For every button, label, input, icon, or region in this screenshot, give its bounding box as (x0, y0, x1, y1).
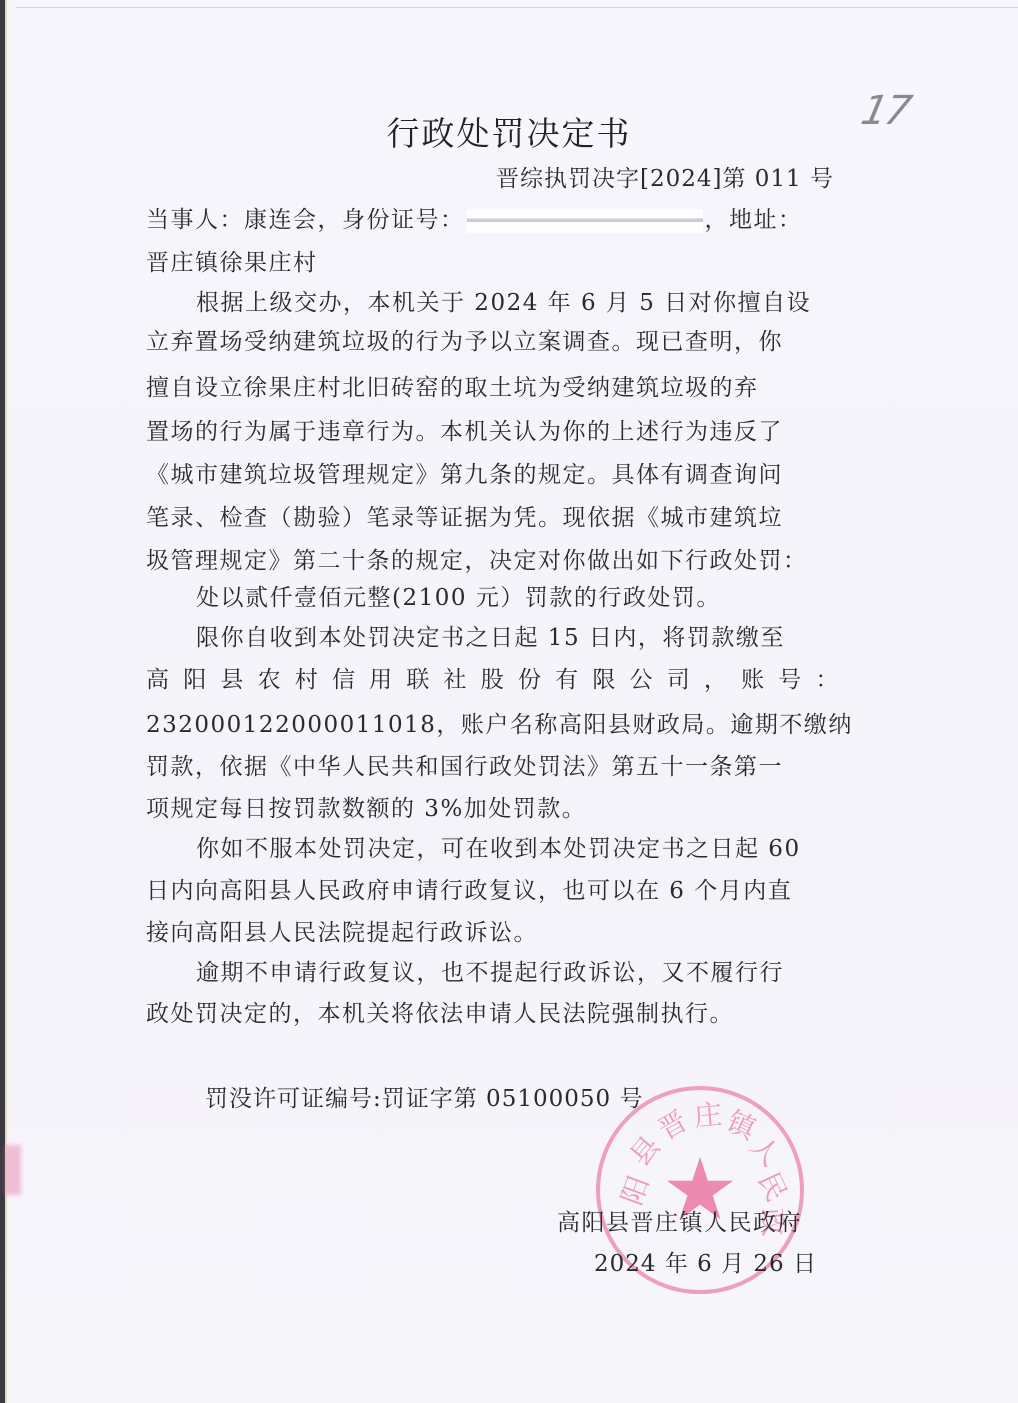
account-number: 232000122000011018 (146, 712, 436, 738)
body-line-7: 圾管理规定》第二十条的规定，决定对你做出如下行政处罚： (146, 546, 840, 576)
payment-line-1: 限你自收到本处罚决定书之日起 15 日内，将罚款缴至 (196, 623, 840, 653)
body-line-1: 根据上级交办，本机关于 2024 年 6 月 5 日对你擅自设 (196, 288, 840, 318)
body-line-2: 立弃置场受纳建筑垃圾的行为予以立案调查。现已查明，你 (146, 327, 840, 357)
body-line-4: 置场的行为属于违章行为。本机关认为你的上述行为违反了 (146, 417, 840, 447)
penalty-line: 处以贰仟壹佰元整(2100 元）罚款的行政处罚。 (196, 583, 840, 613)
payment-line-2: 高阳县农村信用联社股份有限公司，账号： (146, 665, 840, 695)
issue-date: 2024 年 6 月 26 日 (594, 1245, 817, 1278)
license-number: 罚没许可证编号:罚证字第 05100050 号 (205, 1080, 643, 1113)
party-suffix: ，地址： (705, 207, 803, 233)
document-number: 晋综执罚决字[2024]第 011 号 (496, 160, 834, 193)
seal-char: 民 (750, 1165, 798, 1207)
party-prefix: 当事人：康连会，身份证号： (146, 207, 465, 233)
party-address: 晋庄镇徐果庄村 (146, 248, 840, 278)
body-line-5: 《城市建筑垃圾管理规定》第九条的规定。具体有调查询问 (146, 460, 840, 490)
payment-line-5: 项规定每日按罚款数额的 3%加处罚款。 (146, 794, 840, 824)
payment-line-3: 232000122000011018，账户名称高阳县财政局。逾期不缴纳 (146, 710, 840, 740)
stamp-bleed-mark (5, 1145, 21, 1195)
appeal-line-1: 你如不服本处罚决定，可在收到本处罚决定书之日起 60 (196, 834, 840, 864)
body-line-3: 擅自设立徐果庄村北旧砖窑的取土坑为受纳建筑垃圾的弃 (146, 373, 840, 403)
body-line-6: 笔录、检查（勘验）笔录等证据为凭。现依据《城市建筑垃 (146, 503, 840, 533)
issuing-organization: 高阳县晋庄镇人民政府 (557, 1204, 802, 1237)
party-line: 当事人：康连会，身份证号：，地址： (146, 205, 840, 235)
enforcement-line-1: 逾期不申请行政复议，也不提起行政诉讼，又不履行行 (196, 958, 840, 988)
document-title: 行政处罚决定书 (0, 108, 1018, 155)
seal-char: 庄 (692, 1093, 723, 1135)
payment-line-4: 罚款，依据《中华人民共和国行政处罚法》第五十一条第一 (146, 752, 840, 782)
enforcement-line-2: 政处罚决定的，本机关将依法申请人民法院强制执行。 (146, 999, 840, 1029)
redacted-id-number (467, 209, 703, 233)
appeal-line-2: 日内向高阳县人民政府申请行政复议，也可以在 6 个月内直 (146, 876, 840, 906)
appeal-line-3: 接向高阳县人民法院提起行政诉讼。 (146, 918, 840, 948)
scan-top-edge (16, 7, 1018, 8)
